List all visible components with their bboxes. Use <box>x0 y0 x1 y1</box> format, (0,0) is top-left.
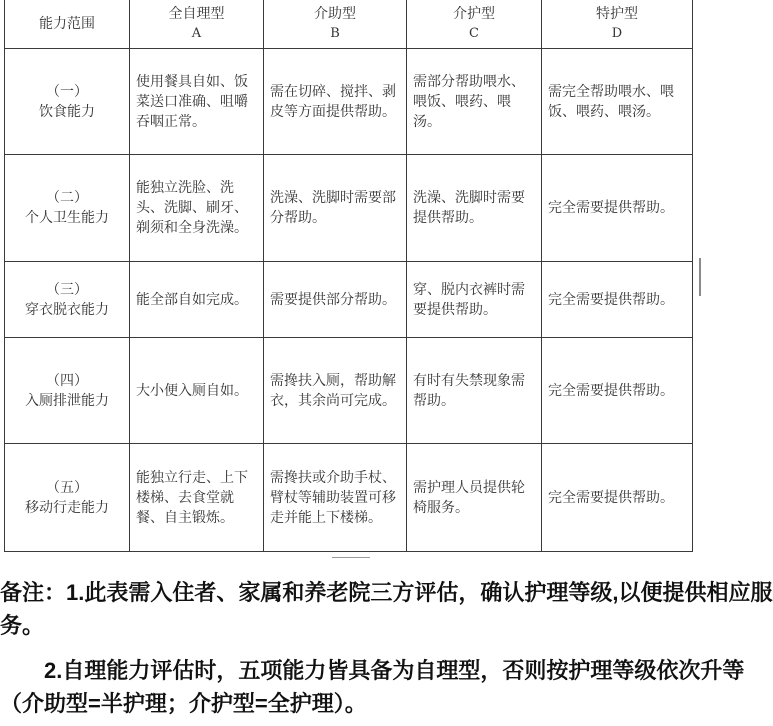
header-label: 介助型 <box>314 6 356 22</box>
category-number: （五） <box>5 478 129 498</box>
cell-type-b: 需在切碎、搅拌、剥皮等方面提供帮助。 <box>264 49 407 155</box>
category-number: （一） <box>5 82 129 102</box>
cell-type-d: 完全需要提供帮助。 <box>542 338 693 444</box>
notes-section: 备注：1.此表需入住者、家属和养老院三方评估，确认护理等级,以便提供相应服务。 … <box>0 576 773 720</box>
cell-type-c: 需护理人员提供轮椅服务。 <box>407 444 542 552</box>
category-name: 个人卫生能力 <box>25 210 109 226</box>
category-cell: （二）个人卫生能力 <box>5 155 130 262</box>
table-row: （三）穿衣脱衣能力 能全部自如完成。 需要提供部分帮助。 穿、脱内衣裤时需要提供… <box>5 262 693 338</box>
category-name: 饮食能力 <box>39 104 95 120</box>
category-name: 移动行走能力 <box>25 500 109 516</box>
category-number: （二） <box>5 188 129 208</box>
category-name: 入厕排泄能力 <box>25 393 109 409</box>
header-type-c: 介护型C <box>407 0 542 49</box>
header-code: C <box>407 24 541 44</box>
header-code: A <box>130 24 263 44</box>
header-type-a: 全自理型A <box>130 0 264 49</box>
table-row: （四）入厕排泄能力 大小便入厕自如。 需搀扶入厕，帮助解衣，其余尚可完成。 有时… <box>5 338 693 444</box>
header-ability-scope: 能力范围 <box>5 0 130 49</box>
cell-type-c: 洗澡、洗脚时需要提供帮助。 <box>407 155 542 262</box>
header-label: 特护型 <box>596 6 638 22</box>
cell-type-a: 能全部自如完成。 <box>130 262 264 338</box>
cell-type-d: 需完全帮助喂水、喂饭、喂药、喂汤。 <box>542 49 693 155</box>
cell-type-b: 需搀扶入厕，帮助解衣，其余尚可完成。 <box>264 338 407 444</box>
category-cell: （一）饮食能力 <box>5 49 130 155</box>
header-type-d: 特护型D <box>542 0 693 49</box>
header-type-b: 介助型B <box>264 0 407 49</box>
cell-type-a: 大小便入厕自如。 <box>130 338 264 444</box>
category-cell: （三）穿衣脱衣能力 <box>5 262 130 338</box>
cell-type-b: 洗澡、洗脚时需要部分帮助。 <box>264 155 407 262</box>
header-label: 介护型 <box>453 6 495 22</box>
cell-type-b: 需搀扶或介助手杖、臂杖等辅助装置可移走并能上下楼梯。 <box>264 444 407 552</box>
header-label: 全自理型 <box>169 6 225 22</box>
cell-type-a: 能独立洗脸、洗头、洗脚、刷牙、剃须和全身洗澡。 <box>130 155 264 262</box>
cell-type-a: 使用餐具自如、饭菜送口准确、咀嚼吞咽正常。 <box>130 49 264 155</box>
category-number: （四） <box>5 371 129 391</box>
cell-type-c: 有时有失禁现象需帮助。 <box>407 338 542 444</box>
cell-type-c: 需部分帮助喂水、喂饭、喂药、喂汤。 <box>407 49 542 155</box>
table-row: （一）饮食能力 使用餐具自如、饭菜送口准确、咀嚼吞咽正常。 需在切碎、搅拌、剥皮… <box>5 49 693 155</box>
header-code: D <box>542 24 692 44</box>
note-1: 备注：1.此表需入住者、家属和养老院三方评估，确认护理等级,以便提供相应服务。 <box>0 576 773 642</box>
category-name: 穿衣脱衣能力 <box>25 302 109 318</box>
cell-type-a: 能独立行走、上下楼梯、去食堂就餐、自主锻炼。 <box>130 444 264 552</box>
table-header-row: 能力范围 全自理型A 介助型B 介护型C 特护型D <box>5 0 693 49</box>
category-cell: （四）入厕排泄能力 <box>5 338 130 444</box>
resize-handle[interactable] <box>699 258 701 296</box>
cell-type-b: 需要提供部分帮助。 <box>264 262 407 338</box>
table-row: （二）个人卫生能力 能独立洗脸、洗头、洗脚、刷牙、剃须和全身洗澡。 洗澡、洗脚时… <box>5 155 693 262</box>
cell-type-d: 完全需要提供帮助。 <box>542 444 693 552</box>
cell-type-d: 完全需要提供帮助。 <box>542 155 693 262</box>
care-level-assessment-table: 能力范围 全自理型A 介助型B 介护型C 特护型D （一）饮食能力 使用餐具自如… <box>4 0 693 552</box>
care-level-table-container: 能力范围 全自理型A 介助型B 介护型C 特护型D （一）饮食能力 使用餐具自如… <box>4 0 693 552</box>
cell-type-c: 穿、脱内衣裤时需要提供帮助。 <box>407 262 542 338</box>
note-2: 2.自理能力评估时，五项能力皆具备为自理型，否则按护理等级依次升等（介助型=半护… <box>0 654 773 720</box>
table-row: （五）移动行走能力 能独立行走、上下楼梯、去食堂就餐、自主锻炼。 需搀扶或介助手… <box>5 444 693 552</box>
cell-type-d: 完全需要提供帮助。 <box>542 262 693 338</box>
header-code: B <box>264 24 406 44</box>
category-number: （三） <box>5 280 129 300</box>
divider <box>332 557 370 558</box>
header-label: 能力范围 <box>39 16 95 32</box>
category-cell: （五）移动行走能力 <box>5 444 130 552</box>
